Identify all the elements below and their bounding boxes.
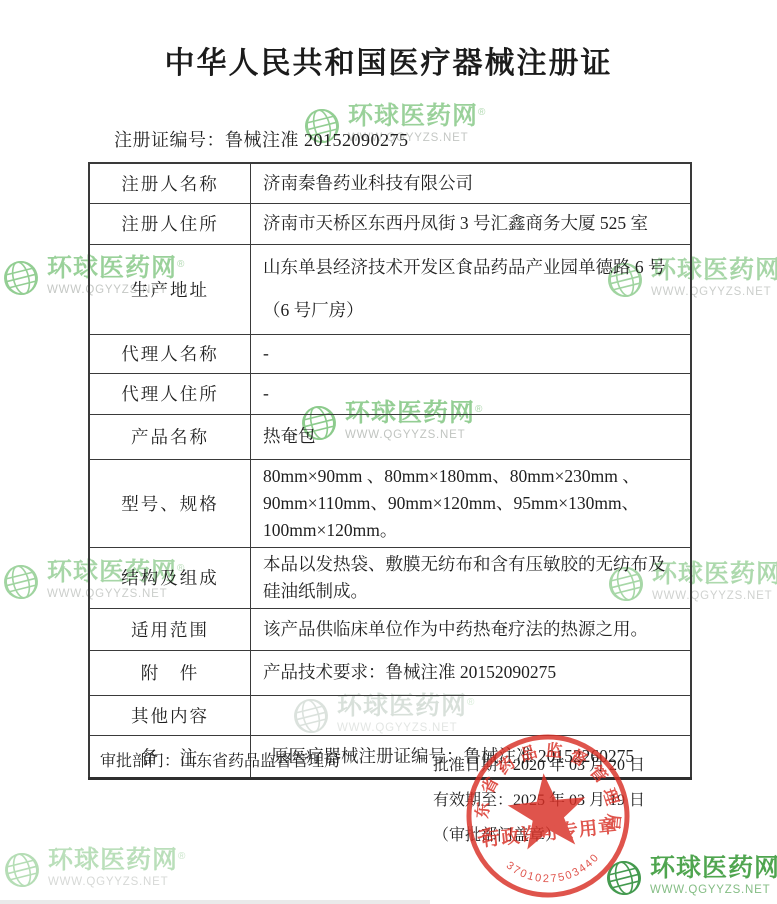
globe-icon [0,255,44,301]
row-label: 生产地址 [89,244,251,334]
row-value: 该产品供临床单位作为中药热奄疗法的热源之用。 [251,608,692,650]
row-value: 热奄包 [251,414,692,459]
row-label: 适用范围 [89,608,251,650]
row-value-line2: （6 号厂房） [263,297,682,324]
row-value: 80mm×90mm 、80mm×180mm、80mm×230mm 、90mm×1… [251,459,692,547]
watermark-text: 环球医药网 [650,854,777,882]
watermark-text: 环球医药网 [48,846,178,874]
table-row: 注册人名称 济南秦鲁药业科技有限公司 [89,163,691,203]
row-value: 本品以发热袋、敷膜无纺布和含有压敏胶的无纺布及硅油纸制成。 [251,547,692,608]
table-row: 代理人住所 - [89,373,691,414]
registration-number-label: 注册证编号： [114,130,225,150]
scan-artifact [0,900,430,904]
registration-number-value: 鲁械注准 20152090275 [225,130,409,150]
registration-number-line: 注册证编号：鲁械注准 20152090275 [114,126,409,152]
row-value: 济南市天桥区东西丹凤街 3 号汇鑫商务大厦 525 室 [251,203,692,244]
globe-icon [0,559,44,605]
watermark-brand: 环球医药网® WWW.QGYYZS.NET [3,848,185,889]
table-row: 附 件 产品技术要求：鲁械注准 20152090275 [89,650,691,695]
registered-mark-icon: ® [178,851,185,862]
row-value: 济南秦鲁药业科技有限公司 [251,163,692,203]
row-label: 代理人住所 [89,373,251,414]
official-seal-stamp: 山东省药品监督管理局 行政许可专用章 3701027503440 [460,728,636,904]
row-label: 注册人住所 [89,203,251,244]
row-value: - [251,334,692,373]
registered-mark-icon: ® [478,107,485,118]
table-row: 生产地址 山东单县经济技术开发区食品药品产业园单德路 6 号 （6 号厂房） [89,244,691,334]
table-row: 产品名称 热奄包 [89,414,691,459]
table-row: 适用范围 该产品供临床单位作为中药热奄疗法的热源之用。 [89,608,691,650]
globe-icon [0,847,45,893]
table-row: 型号、规格 80mm×90mm 、80mm×180mm、80mm×230mm 、… [89,459,691,547]
row-value: 产品技术要求：鲁械注准 20152090275 [251,650,692,695]
row-label: 结构及组成 [89,547,251,608]
row-label: 型号、规格 [89,459,251,547]
row-label: 附 件 [89,650,251,695]
row-value-line1: 山东单县经济技术开发区食品药品产业园单德路 6 号 [263,254,682,281]
table-row: 代理人名称 - [89,334,691,373]
approval-department: 审批部门：山东省药品监督管理局 [100,748,340,771]
row-label: 其他内容 [89,695,251,735]
watermark-url: WWW.QGYYZS.NET [650,884,777,896]
certificate-table: 注册人名称 济南秦鲁药业科技有限公司 注册人住所 济南市天桥区东西丹凤街 3 号… [88,162,692,780]
certificate-page: { "doc": { "title": "中华人民共和国医疗器械注册证", "r… [0,0,777,904]
row-value: 山东单县经济技术开发区食品药品产业园单德路 6 号 （6 号厂房） [251,244,692,334]
watermark-url: WWW.QGYYZS.NET [48,876,185,888]
table-row: 注册人住所 济南市天桥区东西丹凤街 3 号汇鑫商务大厦 525 室 [89,203,691,244]
table-row: 结构及组成 本品以发热袋、敷膜无纺布和含有压敏胶的无纺布及硅油纸制成。 [89,547,691,608]
page-title: 中华人民共和国医疗器械注册证 [0,38,777,82]
row-value: - [251,373,692,414]
row-label: 注册人名称 [89,163,251,203]
row-label: 代理人名称 [89,334,251,373]
row-label: 产品名称 [89,414,251,459]
